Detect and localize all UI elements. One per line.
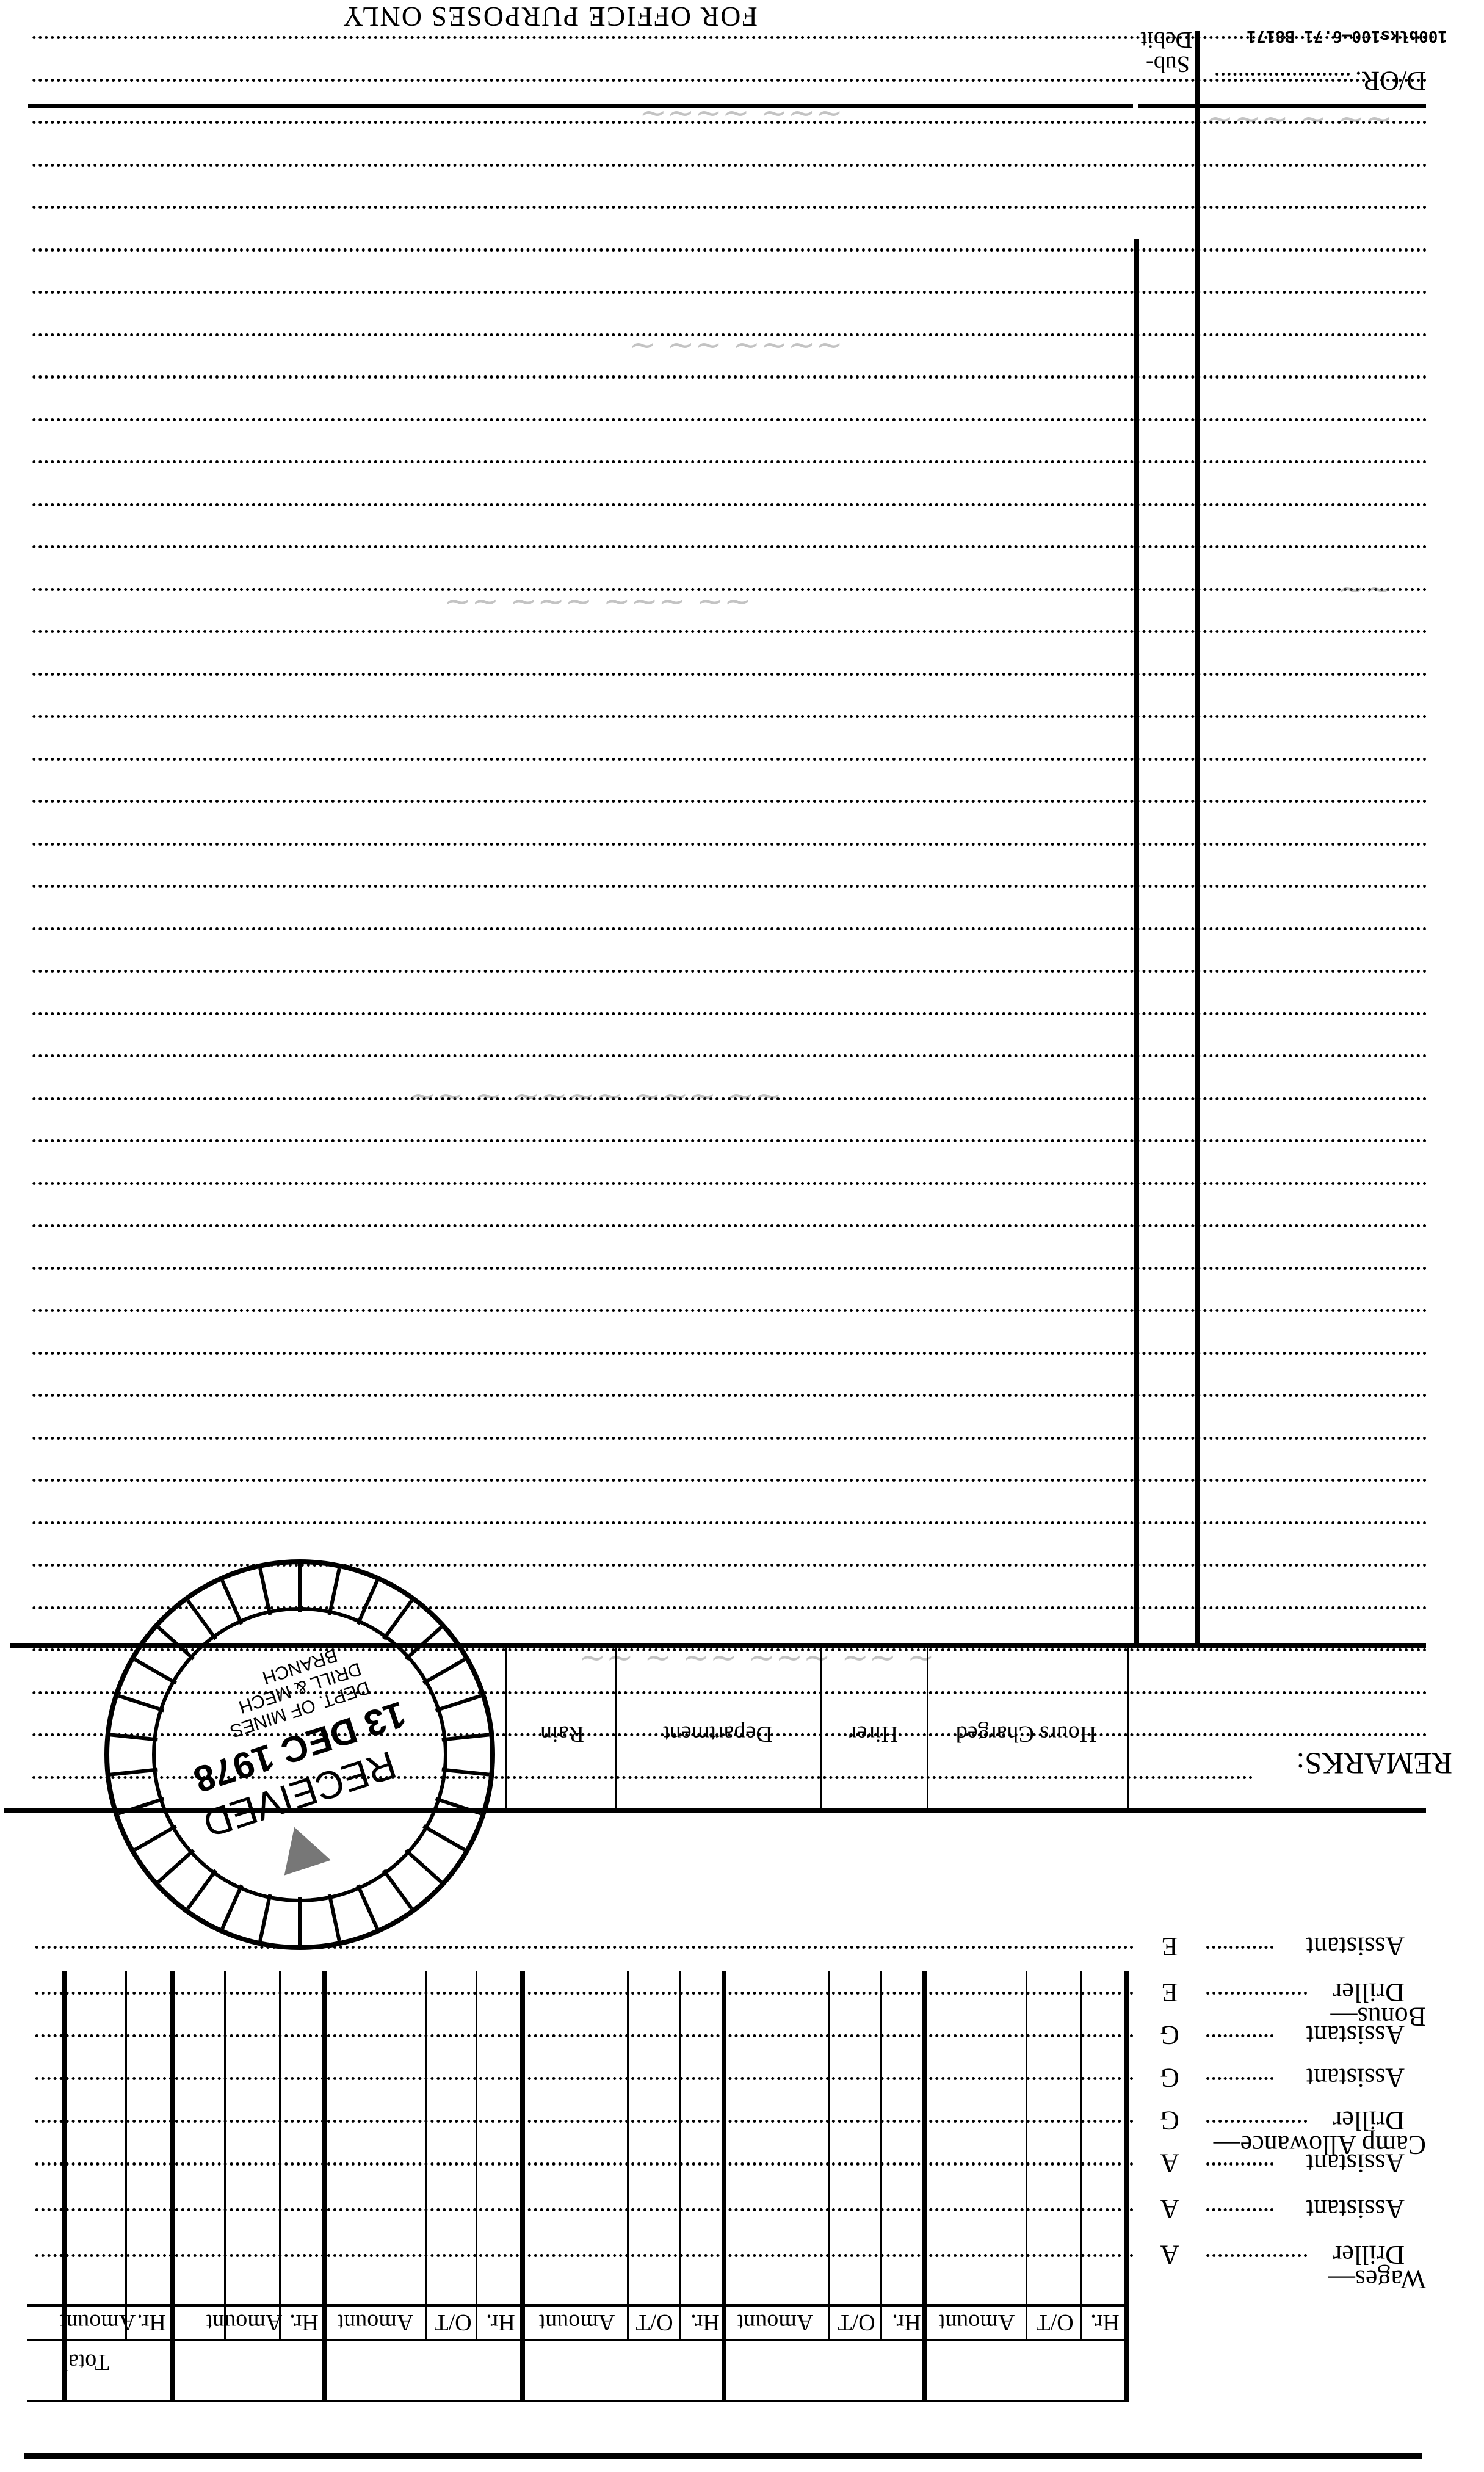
office-header-top-line	[27, 2304, 1129, 2307]
office-total-bottom-line	[27, 2400, 1129, 2402]
row-entry-field[interactable]	[1206, 2120, 1307, 2123]
bleed-through-handwriting: ~~ ~~~ ~~~ ~~	[444, 584, 751, 622]
office-column-header: Amount	[55, 2311, 140, 2334]
stamp-ring-segment	[298, 1564, 302, 1612]
row-code-letter: A	[1151, 2241, 1188, 2268]
remarks-rule-line[interactable]	[31, 418, 1426, 421]
row-grid-entry-line[interactable]	[34, 2208, 1133, 2211]
office-column-header: O/T	[410, 2311, 496, 2334]
remarks-rule-line[interactable]	[31, 36, 1426, 39]
grid-column-divider	[1026, 1971, 1027, 2341]
row-role-label: Driller	[1333, 2107, 1405, 2134]
stamp-ring-segment	[328, 1894, 341, 1941]
remarks-rule-line[interactable]	[31, 927, 1426, 930]
remarks-rule-line[interactable]	[31, 673, 1426, 676]
row-role-label: Driller	[1333, 1979, 1405, 2006]
stamp-ring-segment	[328, 1568, 341, 1615]
stamp-ring-segment	[405, 1849, 443, 1883]
stamp-ring-segment	[258, 1568, 272, 1615]
grid-group-divider	[1124, 1971, 1129, 2402]
remarks-rule-line[interactable]	[31, 843, 1426, 846]
remarks-rule-line[interactable]	[31, 758, 1426, 761]
remarks-rule-line[interactable]	[31, 630, 1426, 633]
remarks-rule-line[interactable]	[31, 1139, 1426, 1142]
grid-column-divider	[125, 1971, 127, 2341]
office-only-label: FOR OFFICE PURPOSES ONLY	[342, 1, 758, 33]
row-code-letter: G	[1151, 2021, 1188, 2048]
form-bottom-border	[24, 2453, 1422, 2459]
code-grid-divider	[1134, 239, 1139, 1643]
remarks-rule-line[interactable]	[31, 1224, 1426, 1227]
grid-column-divider	[279, 1971, 281, 2341]
received-stamp: RECEIVED 13 DEC 1978 DEPT. OF MINES DRIL…	[104, 1559, 495, 1950]
remarks-rule-line[interactable]	[31, 1054, 1426, 1057]
stamp-ring-segment	[356, 1885, 378, 1930]
stamp-ring-segment	[441, 1767, 489, 1776]
grid-group-divider	[170, 1971, 175, 2402]
row-code-letter: G	[1151, 2107, 1188, 2134]
remarks-rule-line[interactable]	[31, 1394, 1426, 1397]
remarks-rule-line[interactable]	[31, 1267, 1426, 1270]
remarks-rule-line[interactable]	[31, 1521, 1426, 1524]
bleed-through-handwriting: ~~	[1337, 571, 1393, 610]
row-role-label: Assistant	[1306, 2064, 1405, 2091]
stamp-ring-segment	[157, 1626, 195, 1661]
remarks-rule-line[interactable]	[31, 800, 1426, 803]
row-code-letter: E	[1151, 1933, 1188, 1960]
stamp-ring-segment	[422, 1824, 466, 1851]
remarks-rule-line[interactable]	[31, 1182, 1426, 1185]
row-entry-field[interactable]	[1206, 1946, 1273, 1949]
row-grid-entry-line[interactable]	[34, 2162, 1133, 2166]
drilling-timesheet-form-back: 100blks100—6.71 B8171 ~~ ~ ~~~ ~~~ ~~~~ …	[0, 0, 1484, 2472]
row-grid-entry-line[interactable]	[34, 2034, 1133, 2037]
remarks-rule-line[interactable]	[31, 503, 1426, 506]
office-column-header: O/T	[1012, 2311, 1098, 2334]
grid-group-divider	[922, 1971, 927, 2402]
dor-field[interactable]	[1215, 73, 1350, 76]
remarks-rule-line[interactable]	[31, 248, 1426, 252]
remarks-rule-line[interactable]	[31, 1352, 1426, 1355]
grid-column-divider	[880, 1971, 882, 2341]
row-grid-entry-line[interactable]	[34, 2077, 1133, 2080]
department-header: Department	[620, 1722, 816, 1745]
stamp-ring-segment	[356, 1580, 378, 1625]
stamp-ring-segment	[220, 1580, 243, 1625]
remarks-rule-line[interactable]	[31, 545, 1426, 548]
grid-group-divider	[722, 1971, 726, 2402]
remarks-rule-line[interactable]	[31, 1309, 1426, 1312]
remarks-rule-line[interactable]	[31, 206, 1426, 209]
grid-column-divider	[828, 1971, 830, 2341]
grid-column-divider	[476, 1971, 477, 2341]
remarks-rule-line[interactable]	[31, 291, 1426, 294]
office-column-header: O/T	[814, 2311, 899, 2334]
stamp-ring-segment	[258, 1894, 272, 1941]
office-column-header: O/T	[612, 2311, 697, 2334]
remarks-rule-line[interactable]	[31, 164, 1426, 167]
remarks-rule-line[interactable]	[31, 1479, 1426, 1482]
row-entry-field[interactable]	[1206, 2034, 1273, 2037]
grid-column-divider	[679, 1971, 681, 2341]
total-label: Total	[49, 2351, 122, 2374]
row-role-label: Driller	[1333, 2241, 1405, 2268]
row-grid-entry-line[interactable]	[34, 2120, 1133, 2123]
row-grid-entry-line[interactable]	[34, 1946, 1133, 1949]
remarks-rule-line[interactable]	[31, 460, 1426, 463]
office-column-header: Amount	[534, 2311, 620, 2334]
row-code-letter: A	[1151, 2150, 1188, 2177]
grid-group-divider	[62, 1971, 67, 2402]
grid-group-divider	[322, 1971, 327, 2402]
row-grid-entry-line[interactable]	[34, 1992, 1133, 1995]
stamp-ring-segment	[435, 1797, 482, 1815]
remarks-rule-line[interactable]	[31, 79, 1426, 82]
row-entry-field[interactable]	[1206, 2077, 1273, 2080]
row-code-letter: G	[1151, 2064, 1188, 2091]
row-code-letter: A	[1151, 2195, 1188, 2222]
bleed-through-handwriting: ~~ ~~~ ~~~~ ~ ~~	[408, 1078, 782, 1117]
stamp-ring-segment	[382, 1869, 413, 1910]
row-grid-entry-line[interactable]	[34, 2254, 1133, 2257]
grid-group-divider	[520, 1971, 525, 2402]
dor-label: D/OR.	[1355, 67, 1426, 94]
bleed-through-handwriting: ~~~ ~~~~	[639, 95, 843, 134]
grid-column-divider	[627, 1971, 629, 2341]
remarks-rule-line[interactable]	[31, 1564, 1426, 1567]
stamp-ring-segment	[186, 1869, 217, 1910]
remarks-rule-line[interactable]	[31, 970, 1426, 973]
bleed-through-handwriting: ~~~~ ~~ ~	[629, 327, 843, 366]
stamp-ring-segment	[220, 1885, 243, 1930]
grid-column-divider	[1080, 1971, 1082, 2341]
row-role-label: Assistant	[1306, 2195, 1405, 2222]
office-header-bottom-line	[27, 2339, 1129, 2341]
role-code-divider	[1195, 31, 1200, 1643]
sub-debit-text: Sub-Debit	[1141, 27, 1192, 77]
row-code-letter: E	[1151, 1979, 1188, 2006]
sub-debit-label: Sub-Debit	[1143, 27, 1192, 76]
row-entry-field[interactable]	[1206, 2254, 1307, 2257]
stamp-ring-segment	[134, 1658, 177, 1684]
rain-header: Rain	[513, 1722, 611, 1745]
stamp-ring-segment	[186, 1600, 217, 1640]
row-role-label: Assistant	[1306, 1933, 1405, 1960]
row-entry-field[interactable]	[1206, 1992, 1307, 1995]
row-entry-field[interactable]	[1206, 2162, 1273, 2166]
grid-column-divider	[224, 1971, 226, 2341]
remarks-rule-line[interactable]	[31, 1012, 1426, 1015]
divider	[28, 104, 1133, 108]
remarks-label: REMARKS:	[1296, 1749, 1452, 1779]
grid-column-divider	[425, 1971, 427, 2341]
divider	[1138, 104, 1426, 108]
stamp-ring-segment	[298, 1897, 302, 1945]
remarks-rule-line[interactable]	[31, 715, 1426, 718]
remarks-rule-line[interactable]	[31, 375, 1426, 379]
hours-charged-header: Hours Charged	[935, 1722, 1118, 1745]
hirer-header: Hirer	[825, 1722, 922, 1745]
remarks-rule-line[interactable]	[31, 885, 1426, 888]
office-column-header: Amount	[201, 2311, 287, 2334]
remarks-rule-line[interactable]	[31, 1437, 1426, 1440]
row-entry-field[interactable]	[1206, 2208, 1273, 2211]
